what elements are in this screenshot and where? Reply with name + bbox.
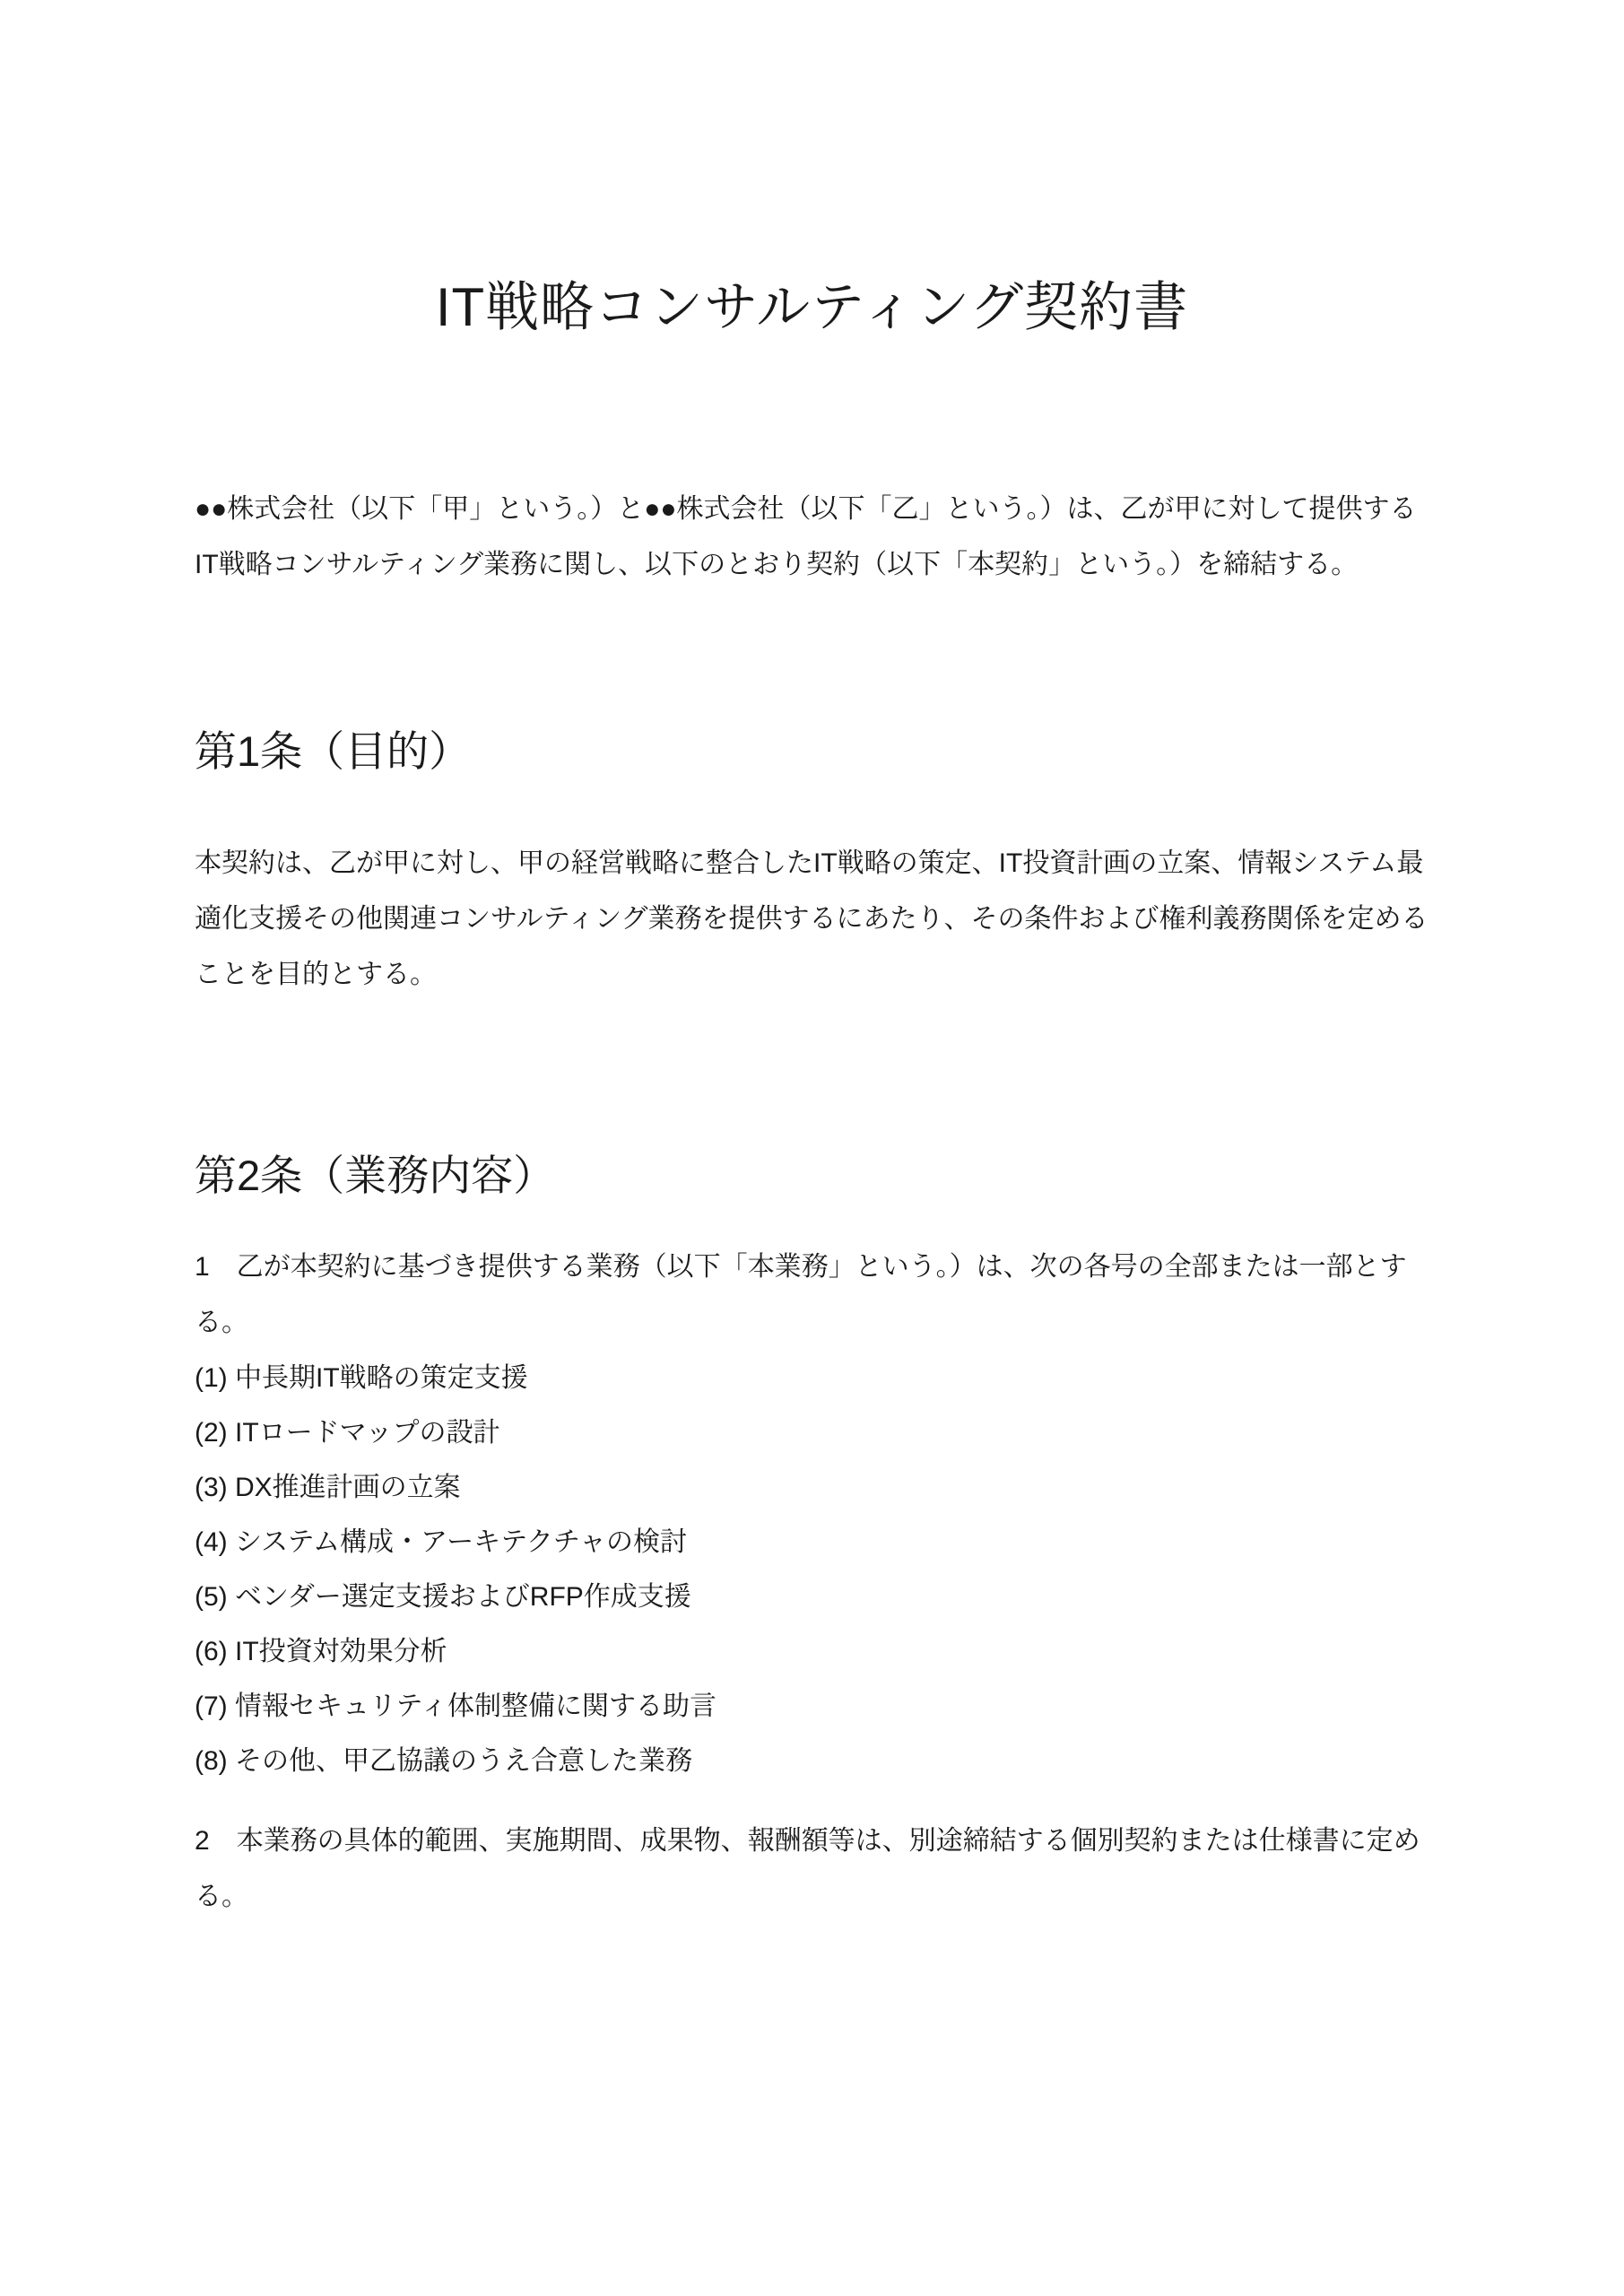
document-title: IT戦略コンサルティング契約書 — [195, 272, 1429, 344]
article-1-heading: 第1条（目的） — [195, 724, 1429, 779]
contract-document-page: IT戦略コンサルティング契約書 ●●株式会社（以下「甲」という。）と●●株式会社… — [0, 0, 1624, 2296]
service-item-8: (8) その他、甲乙協議のうえ合意した業務 — [195, 1734, 1429, 1788]
service-item-3: (3) DX推進計画の立案 — [195, 1460, 1429, 1515]
service-item-5: (5) ベンダー選定支援およびRFP作成支援 — [195, 1570, 1429, 1624]
article-2-clause-1-paragraph: 1 乙が本契約に基づき提供する業務（以下「本業務」という。）は、次の各号の全部ま… — [195, 1239, 1429, 1351]
article-1-purpose: 第1条（目的） 本契約は、乙が甲に対し、甲の経営戦略に整合したIT戦略の策定、I… — [195, 724, 1429, 1003]
preamble-paragraph: ●●株式会社（以下「甲」という。）と●●株式会社（以下「乙」という。）は、乙が甲… — [195, 482, 1429, 593]
service-item-4: (4) システム構成・アーキテクチャの検討 — [195, 1515, 1429, 1570]
service-item-1: (1) 中長期IT戦略の策定支援 — [195, 1351, 1429, 1405]
service-item-7: (7) 情報セキュリティ体制整備に関する助言 — [195, 1679, 1429, 1734]
service-item-list: (1) 中長期IT戦略の策定支援 (2) ITロードマップの設計 (3) DX推… — [195, 1351, 1429, 1788]
service-item-6: (6) IT投資対効果分析 — [195, 1624, 1429, 1679]
article-1-body-paragraph: 本契約は、乙が甲に対し、甲の経営戦略に整合したIT戦略の策定、IT投資計画の立案… — [195, 836, 1429, 1003]
article-2-heading: 第2条（業務内容） — [195, 1148, 1429, 1204]
service-item-2: (2) ITロードマップの設計 — [195, 1405, 1429, 1460]
article-2-clause-2-paragraph: 2 本業務の具体的範囲、実施期間、成果物、報酬額等は、別途締結する個別契約または… — [195, 1813, 1429, 1925]
article-2-scope-of-services: 第2条（業務内容） 1 乙が本契約に基づき提供する業務（以下「本業務」という。）… — [195, 1148, 1429, 1925]
